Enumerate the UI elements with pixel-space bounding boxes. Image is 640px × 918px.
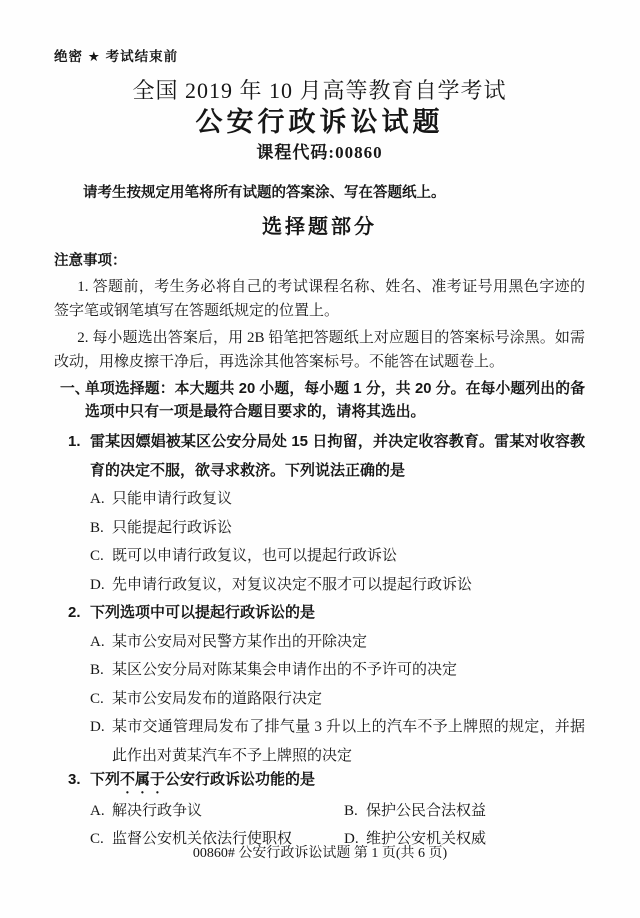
part-one-label: 一、 [60,378,90,401]
option-letter: D. [90,571,105,600]
exam-paper-page: 绝密 ★ 考试结束前 全国 2019 年 10 月高等教育自学考试 公安行政诉讼… [0,0,640,918]
question-1-option-c: C. 既可以申请行政复议，也可以提起行政诉讼 [90,542,585,571]
question-3-option-row-1: A. 解决行政争议 B. 保护公民合法权益 [90,797,585,825]
question-2-option-c: C. 某市公安局发布的道路限行决定 [90,685,585,714]
course-code: 课程代码:00860 [54,143,585,163]
stem-suffix: 公安行政诉讼功能的是 [165,771,315,788]
question-2-stem: 下列选项中可以提起行政诉讼的是 [90,599,585,628]
question-1: 1. 雷某因嫖娼被某区公安分局处 15 日拘留，并决定收容教育。雷某对收容教育的… [54,428,585,599]
option-text: 某市公安局对民警方某作出的开除决定 [112,634,367,650]
question-2-option-a: A. 某市公安局对民警方某作出的开除决定 [90,628,585,657]
part-one-text: 单项选择题：本大题共 20 小题，每小题 1 分，共 20 分。在每小题列出的备… [85,381,585,420]
option-letter: D. [90,713,105,742]
question-1-option-b: B. 只能提起行政诉讼 [90,514,585,543]
option-letter: B. [90,656,104,685]
notice-item-2: 2. 每小题选出答案后，用 2B 铅笔把答题纸上对应题目的答案标号涂黑。如需改动… [54,326,585,374]
question-3-stem: 下列不属于公安行政诉讼功能的是 [90,766,585,797]
option-letter: A. [90,797,105,825]
page-footer: 00860# 公安行政诉讼试题 第 1 页(共 6 页) [0,845,640,863]
stem-prefix: 下列 [90,771,120,788]
answer-instruction: 请考生按规定用笔将所有试题的答案涂、写在答题纸上。 [54,183,585,203]
option-text: 某市交通管理局发布了排气量 3 升以上的汽车不予上牌照的规定，并据此作出对黄某汽… [112,719,585,764]
notice-item-1: 1. 答题前，考生务必将自己的考试课程名称、姓名、准考证号用黑色字迹的签字笔或钢… [54,275,585,323]
part-one-heading: 一、 单项选择题：本大题共 20 小题，每小题 1 分，共 20 分。在每小题列… [54,378,585,424]
option-letter: C. [90,685,104,714]
exam-subject-title: 公安行政诉讼试题 [54,106,585,138]
exam-session-title: 全国 2019 年 10 月高等教育自学考试 [54,78,585,104]
option-text: 只能申请行政复议 [112,491,232,507]
question-area: 1. 雷某因嫖娼被某区公安分局处 15 日拘留，并决定收容教育。雷某对收容教育的… [54,428,585,853]
question-3-number: 3. [68,766,81,794]
option-text: 先申请行政复议，对复议决定不服才可以提起行政诉讼 [112,577,472,593]
section-title: 选择题部分 [54,215,585,239]
option-letter: A. [90,485,105,514]
stem-emphasized-text: 不属于 [120,771,165,788]
question-1-option-d: D. 先申请行政复议，对复议决定不服才可以提起行政诉讼 [90,571,585,600]
question-2-option-d: D. 某市交通管理局发布了排气量 3 升以上的汽车不予上牌照的规定，并据此作出对… [90,713,585,770]
option-letter: B. [344,797,358,825]
option-text: 既可以申请行政复议，也可以提起行政诉讼 [112,548,397,564]
question-1-number: 1. [68,428,81,457]
question-3-option-b: B. 保护公民合法权益 [344,797,585,825]
question-2-number: 2. [68,599,81,628]
option-letter: A. [90,628,105,657]
question-2: 2. 下列选项中可以提起行政诉讼的是 A. 某市公安局对民警方某作出的开除决定 … [54,599,585,770]
option-text: 只能提起行政诉讼 [112,520,232,536]
question-1-stem: 雷某因嫖娼被某区公安分局处 15 日拘留，并决定收容教育。雷某对收容教育的决定不… [90,428,585,485]
question-3-option-a: A. 解决行政争议 [90,797,344,825]
question-3: 3. 下列不属于公安行政诉讼功能的是 A. 解决行政争议 B. 保护公民合法权益… [54,766,585,853]
question-1-option-a: A. 只能申请行政复议 [90,485,585,514]
option-letter: C. [90,542,104,571]
option-text: 保护公民合法权益 [366,803,486,819]
option-text: 解决行政争议 [112,803,202,819]
notice-heading: 注意事项： [54,251,585,271]
question-2-option-b: B. 某区公安分局对陈某集会申请作出的不予许可的决定 [90,656,585,685]
option-letter: B. [90,514,104,543]
option-text: 某市公安局发布的道路限行决定 [112,691,322,707]
option-text: 某区公安分局对陈某集会申请作出的不予许可的决定 [112,662,457,678]
classification-label: 绝密 ★ 考试结束前 [54,48,585,66]
